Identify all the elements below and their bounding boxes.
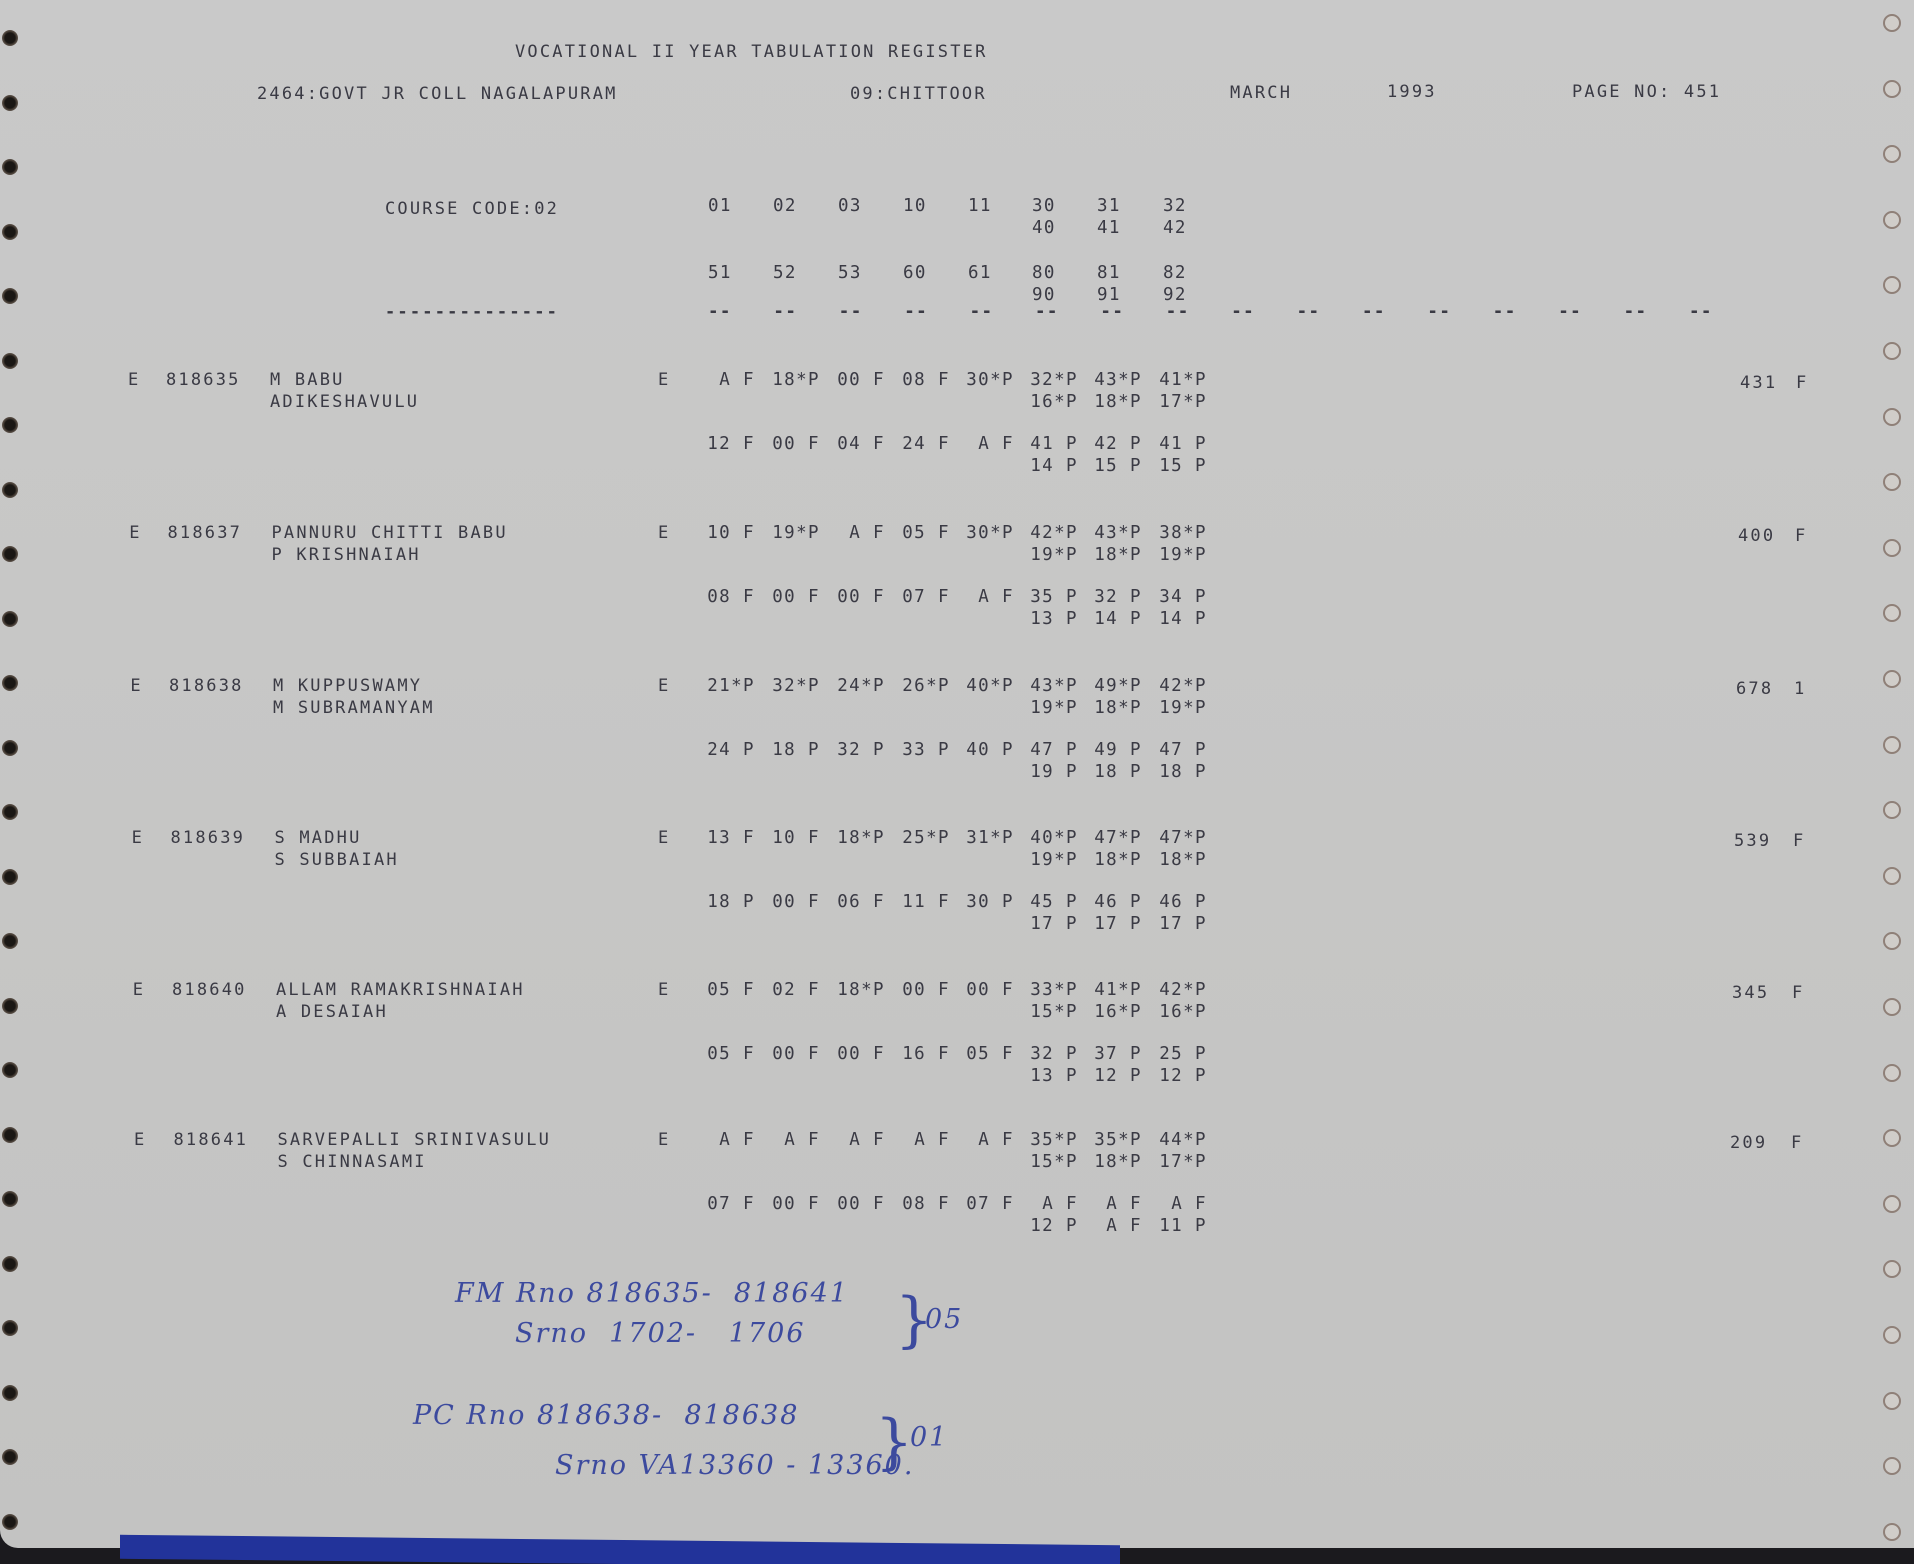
- tractor-hole-icon: [1883, 408, 1901, 426]
- binder-hole-icon: [2, 804, 18, 820]
- subject-mark: 49*P: [1082, 676, 1142, 696]
- subject-code: 03: [838, 196, 862, 216]
- subject-code: 40: [1032, 218, 1056, 238]
- subject-mark: A F: [760, 1130, 820, 1150]
- subject-mark: 00 F: [760, 434, 820, 454]
- medium-code: E: [658, 1130, 670, 1150]
- subject-mark: 24 P: [695, 740, 755, 760]
- subject-mark: 08 F: [695, 587, 755, 607]
- category-code: E: [130, 676, 142, 696]
- binder-hole-icon: [2, 1385, 18, 1401]
- column-separator: --: [1427, 302, 1451, 322]
- tractor-hole-icon: [1883, 1064, 1901, 1082]
- exam-year: 1993: [1387, 82, 1437, 102]
- subject-code: 11: [968, 196, 992, 216]
- subject-mark: 15*P: [1018, 1152, 1078, 1172]
- subject-code: 80: [1032, 263, 1056, 283]
- handwritten-note-2-count: 01: [910, 1422, 948, 1453]
- subject-mark: 07 F: [954, 1194, 1014, 1214]
- binder-hole-icon: [2, 224, 18, 240]
- binder-hole-icon: [2, 159, 18, 175]
- column-separator: --: [1100, 302, 1124, 322]
- subject-mark: 21*P: [695, 676, 755, 696]
- column-separator: --: [904, 302, 928, 322]
- subject-mark: A F: [954, 1130, 1014, 1150]
- subject-mark: 12 P: [1082, 1066, 1142, 1086]
- subject-mark: 41 P: [1147, 434, 1207, 454]
- subject-mark: 18*P: [825, 980, 885, 1000]
- subject-mark: 45 P: [1018, 892, 1078, 912]
- district-name: 09:CHITTOOR: [850, 84, 987, 104]
- subject-code: 30: [1032, 196, 1056, 216]
- binder-hole-icon: [2, 675, 18, 691]
- binder-hole-icon: [2, 869, 18, 885]
- subject-mark: 18 P: [695, 892, 755, 912]
- total-marks: 431: [1740, 373, 1777, 393]
- subject-code: 53: [838, 263, 862, 283]
- subject-mark: 32 P: [825, 740, 885, 760]
- subject-mark: 12 F: [695, 434, 755, 454]
- subject-mark: 00 F: [890, 980, 950, 1000]
- column-separator: --: [708, 302, 732, 322]
- subject-mark: 40*P: [954, 676, 1014, 696]
- subject-mark: 32*P: [760, 676, 820, 696]
- subject-mark: 18 P: [760, 740, 820, 760]
- subject-mark: 18*P: [1082, 392, 1142, 412]
- result-code: F: [1795, 526, 1807, 546]
- subject-mark: 13 F: [695, 828, 755, 848]
- column-separator: --: [1493, 302, 1517, 322]
- subject-code: 31: [1097, 196, 1121, 216]
- tractor-hole-icon: [1883, 1392, 1901, 1410]
- total-marks: 539: [1734, 831, 1771, 851]
- subject-mark: 41 P: [1018, 434, 1078, 454]
- handwritten-note-1-line1: FM Rno 818635- 818641: [455, 1278, 849, 1309]
- subject-mark: 43*P: [1082, 523, 1142, 543]
- subject-mark: 19*P: [1147, 698, 1207, 718]
- subject-mark: 13 P: [1018, 1066, 1078, 1086]
- column-separator: --: [839, 302, 863, 322]
- category-code: E: [134, 1130, 146, 1150]
- subject-mark: A F: [825, 523, 885, 543]
- tractor-hole-icon: [1883, 1195, 1901, 1213]
- subject-mark: A F: [1147, 1194, 1207, 1214]
- subject-mark: 05 F: [954, 1044, 1014, 1064]
- tractor-hole-icon: [1883, 670, 1901, 688]
- tractor-hole-icon: [1883, 1523, 1901, 1541]
- subject-mark: 00 F: [760, 892, 820, 912]
- subject-mark: 13 P: [1018, 609, 1078, 629]
- subject-mark: 42 P: [1082, 434, 1142, 454]
- subject-mark: A F: [1082, 1194, 1142, 1214]
- handwritten-note-1-count: 05: [925, 1304, 963, 1335]
- student-name: ALLAM RAMAKRISHNAIAH: [276, 980, 525, 1000]
- binder-hole-icon: [2, 998, 18, 1014]
- subject-mark: 43*P: [1082, 370, 1142, 390]
- subject-mark: 17*P: [1147, 1152, 1207, 1172]
- subject-mark: 34 P: [1147, 587, 1207, 607]
- column-separator: --: [1297, 302, 1321, 322]
- medium-code: E: [658, 676, 670, 696]
- father-name: S CHINNASAMI: [278, 1152, 427, 1172]
- result-code: F: [1796, 373, 1808, 393]
- tractor-hole-icon: [1883, 1326, 1901, 1344]
- subject-code: 10: [903, 196, 927, 216]
- subject-mark: 24*P: [825, 676, 885, 696]
- student-name: PANNURU CHITTI BABU: [272, 523, 508, 543]
- subject-mark: 19*P: [1018, 698, 1078, 718]
- column-separator: --: [1624, 302, 1648, 322]
- college-name: 2464:GOVT JR COLL NAGALAPURAM: [257, 84, 618, 104]
- subject-mark: 47*P: [1082, 828, 1142, 848]
- subject-code: 60: [903, 263, 927, 283]
- subject-mark: 00 F: [954, 980, 1014, 1000]
- subject-mark: 30*P: [954, 523, 1014, 543]
- subject-mark: A F: [825, 1130, 885, 1150]
- registration-number: 818637: [168, 523, 243, 543]
- subject-mark: 17 P: [1147, 914, 1207, 934]
- subject-mark: 47 P: [1018, 740, 1078, 760]
- handwritten-note-1-line2: Srno 1702- 1706: [515, 1318, 806, 1349]
- course-code-underline: --------------: [385, 302, 559, 322]
- binder-hole-icon: [2, 95, 18, 111]
- column-separator: --: [773, 302, 797, 322]
- column-separator: --: [1166, 302, 1190, 322]
- category-code: E: [129, 523, 141, 543]
- subject-mark: 18*P: [760, 370, 820, 390]
- subject-mark: 08 F: [890, 1194, 950, 1214]
- page-number: PAGE NO: 451: [1572, 82, 1721, 102]
- subject-code: 32: [1163, 196, 1187, 216]
- subject-mark: 18*P: [1082, 545, 1142, 565]
- subject-mark: 10 F: [695, 523, 755, 543]
- subject-mark: 18*P: [825, 828, 885, 848]
- binder-hole-icon: [2, 1514, 18, 1530]
- subject-mark: 42*P: [1018, 523, 1078, 543]
- column-separator: --: [1558, 302, 1582, 322]
- subject-code: 51: [708, 263, 732, 283]
- subject-mark: 05 F: [695, 980, 755, 1000]
- subject-mark: 30*P: [954, 370, 1014, 390]
- medium-code: E: [658, 980, 670, 1000]
- subject-mark: A F: [695, 370, 755, 390]
- subject-mark: 15 P: [1082, 456, 1142, 476]
- subject-mark: 33 P: [890, 740, 950, 760]
- subject-mark: 47*P: [1147, 828, 1207, 848]
- registration-number: 818638: [169, 676, 244, 696]
- category-code: E: [132, 828, 144, 848]
- student-name: M KUPPUSWAMY: [273, 676, 422, 696]
- binder-hole-icon: [2, 1449, 18, 1465]
- subject-mark: 18*P: [1082, 698, 1142, 718]
- subject-mark: 38*P: [1147, 523, 1207, 543]
- tractor-hole-icon: [1883, 211, 1901, 229]
- subject-mark: 14 P: [1018, 456, 1078, 476]
- medium-code: E: [658, 523, 670, 543]
- subject-mark: 08 F: [890, 370, 950, 390]
- tractor-hole-icon: [1883, 80, 1901, 98]
- subject-mark: 41*P: [1147, 370, 1207, 390]
- father-name: ADIKESHAVULU: [270, 392, 419, 412]
- subject-mark: 41*P: [1082, 980, 1142, 1000]
- exam-month: MARCH: [1230, 83, 1292, 103]
- subject-code: 41: [1097, 218, 1121, 238]
- subject-mark: 02 F: [760, 980, 820, 1000]
- subject-mark: 32*P: [1018, 370, 1078, 390]
- binder-hole-icon: [2, 482, 18, 498]
- binder-hole-icon: [2, 1191, 18, 1207]
- subject-mark: 35*P: [1082, 1130, 1142, 1150]
- subject-code: 02: [773, 196, 797, 216]
- father-name: S SUBBAIAH: [275, 850, 399, 870]
- column-separator: --: [1362, 302, 1386, 322]
- column-separator: --: [970, 302, 994, 322]
- registration-number: 818635: [166, 370, 241, 390]
- subject-mark: 15 P: [1147, 456, 1207, 476]
- student-name: SARVEPALLI SRINIVASULU: [278, 1130, 552, 1150]
- subject-mark: 00 F: [760, 1044, 820, 1064]
- subject-mark: 35 P: [1018, 587, 1078, 607]
- handwritten-note-2-line1: PC Rno 818638- 818638: [413, 1400, 799, 1431]
- brace-icon: }: [875, 1412, 913, 1472]
- category-code: E: [128, 370, 140, 390]
- subject-mark: 40 P: [954, 740, 1014, 760]
- subject-code: 01: [708, 196, 732, 216]
- subject-mark: 18*P: [1082, 850, 1142, 870]
- course-code-label: COURSE CODE:02: [385, 199, 559, 219]
- subject-mark: 32 P: [1018, 1044, 1078, 1064]
- binder-hole-icon: [2, 288, 18, 304]
- subject-mark: 12 P: [1147, 1066, 1207, 1086]
- subject-code: 81: [1097, 263, 1121, 283]
- tractor-hole-icon: [1883, 736, 1901, 754]
- subject-mark: 17 P: [1082, 914, 1142, 934]
- register-title: VOCATIONAL II YEAR TABULATION REGISTER: [515, 42, 988, 62]
- subject-mark: 25 P: [1147, 1044, 1207, 1064]
- subject-mark: 14 P: [1147, 609, 1207, 629]
- subject-mark: 16 F: [890, 1044, 950, 1064]
- subject-code: 61: [968, 263, 992, 283]
- subject-mark: 19*P: [760, 523, 820, 543]
- binder-hole-icon: [2, 740, 18, 756]
- subject-mark: 12 P: [1018, 1216, 1078, 1236]
- result-code: F: [1791, 1133, 1803, 1153]
- subject-mark: 05 F: [890, 523, 950, 543]
- subject-mark: A F: [954, 587, 1014, 607]
- subject-mark: 43*P: [1018, 676, 1078, 696]
- binder-hole-icon: [2, 546, 18, 562]
- subject-mark: 05 F: [695, 1044, 755, 1064]
- column-separator: --: [1689, 302, 1713, 322]
- father-name: M SUBRAMANYAM: [273, 698, 435, 718]
- binder-hole-icon: [2, 30, 18, 46]
- subject-mark: A F: [1018, 1194, 1078, 1214]
- binder-hole-icon: [2, 1127, 18, 1143]
- handwritten-note-2-line2: Srno VA13360 - 13360.: [555, 1450, 914, 1481]
- subject-mark: 00 F: [825, 1044, 885, 1064]
- column-separator: --: [1231, 302, 1255, 322]
- subject-code: 42: [1163, 218, 1187, 238]
- subject-mark: 35*P: [1018, 1130, 1078, 1150]
- subject-mark: 19*P: [1018, 545, 1078, 565]
- binder-hole-icon: [2, 353, 18, 369]
- tractor-hole-icon: [1883, 867, 1901, 885]
- subject-mark: 18*P: [1082, 1152, 1142, 1172]
- registration-number: 818641: [174, 1130, 249, 1150]
- subject-mark: A F: [890, 1130, 950, 1150]
- binder-hole-icon: [2, 1062, 18, 1078]
- subject-mark: 00 F: [825, 587, 885, 607]
- student-name: S MADHU: [275, 828, 362, 848]
- subject-mark: 10 F: [760, 828, 820, 848]
- subject-mark: 42*P: [1147, 676, 1207, 696]
- subject-mark: A F: [695, 1130, 755, 1150]
- father-name: A DESAIAH: [276, 1002, 388, 1022]
- subject-mark: 11 P: [1147, 1216, 1207, 1236]
- subject-mark: 14 P: [1082, 609, 1142, 629]
- subject-mark: 17 P: [1018, 914, 1078, 934]
- subject-mark: 00 F: [825, 1194, 885, 1214]
- result-code: F: [1793, 831, 1805, 851]
- subject-mark: 19*P: [1018, 850, 1078, 870]
- subject-mark: 18 P: [1082, 762, 1142, 782]
- subject-mark: 15*P: [1018, 1002, 1078, 1022]
- total-marks: 209: [1730, 1133, 1767, 1153]
- subject-mark: 17*P: [1147, 392, 1207, 412]
- subject-mark: 24 F: [890, 434, 950, 454]
- subject-mark: 07 F: [890, 587, 950, 607]
- subject-mark: 33*P: [1018, 980, 1078, 1000]
- registration-number: 818640: [172, 980, 247, 1000]
- subject-mark: 37 P: [1082, 1044, 1142, 1064]
- subject-mark: 46 P: [1147, 892, 1207, 912]
- result-code: 1: [1794, 679, 1806, 699]
- binder-hole-icon: [2, 933, 18, 949]
- result-code: F: [1792, 983, 1804, 1003]
- total-marks: 345: [1732, 983, 1769, 1003]
- subject-mark: 18*P: [1147, 850, 1207, 870]
- tractor-hole-icon: [1883, 998, 1901, 1016]
- column-separator: --: [1035, 302, 1059, 322]
- binder-hole-icon: [2, 1256, 18, 1272]
- subject-mark: 30 P: [954, 892, 1014, 912]
- tractor-hole-icon: [1883, 342, 1901, 360]
- binder-hole-icon: [2, 611, 18, 627]
- subject-mark: 42*P: [1147, 980, 1207, 1000]
- binder-hole-icon: [2, 1320, 18, 1336]
- subject-mark: 00 F: [760, 1194, 820, 1214]
- subject-mark: 00 F: [760, 587, 820, 607]
- subject-mark: A F: [954, 434, 1014, 454]
- subject-mark: 18 P: [1147, 762, 1207, 782]
- subject-mark: 31*P: [954, 828, 1014, 848]
- subject-mark: 40*P: [1018, 828, 1078, 848]
- subject-mark: 49 P: [1082, 740, 1142, 760]
- subject-mark: 07 F: [695, 1194, 755, 1214]
- subject-code: 82: [1163, 263, 1187, 283]
- subject-mark: 00 F: [825, 370, 885, 390]
- subject-mark: 11 F: [890, 892, 950, 912]
- tractor-hole-icon: [1883, 539, 1901, 557]
- subject-mark: A F: [1082, 1216, 1142, 1236]
- subject-mark: 25*P: [890, 828, 950, 848]
- subject-mark: 19*P: [1147, 545, 1207, 565]
- subject-mark: 06 F: [825, 892, 885, 912]
- subject-mark: 32 P: [1082, 587, 1142, 607]
- registration-number: 818639: [171, 828, 246, 848]
- subject-mark: 16*P: [1082, 1002, 1142, 1022]
- subject-mark: 47 P: [1147, 740, 1207, 760]
- total-marks: 400: [1738, 526, 1775, 546]
- binder-hole-icon: [2, 417, 18, 433]
- medium-code: E: [658, 370, 670, 390]
- category-code: E: [133, 980, 145, 1000]
- total-marks: 678: [1736, 679, 1773, 699]
- father-name: P KRISHNAIAH: [272, 545, 421, 565]
- subject-mark: 19 P: [1018, 762, 1078, 782]
- subject-mark: 46 P: [1082, 892, 1142, 912]
- medium-code: E: [658, 828, 670, 848]
- student-name: M BABU: [270, 370, 345, 390]
- subject-mark: 16*P: [1147, 1002, 1207, 1022]
- subject-mark: 44*P: [1147, 1130, 1207, 1150]
- subject-mark: 04 F: [825, 434, 885, 454]
- subject-code: 52: [773, 263, 797, 283]
- subject-mark: 16*P: [1018, 392, 1078, 412]
- subject-mark: 26*P: [890, 676, 950, 696]
- tractor-hole-icon: [1883, 14, 1901, 32]
